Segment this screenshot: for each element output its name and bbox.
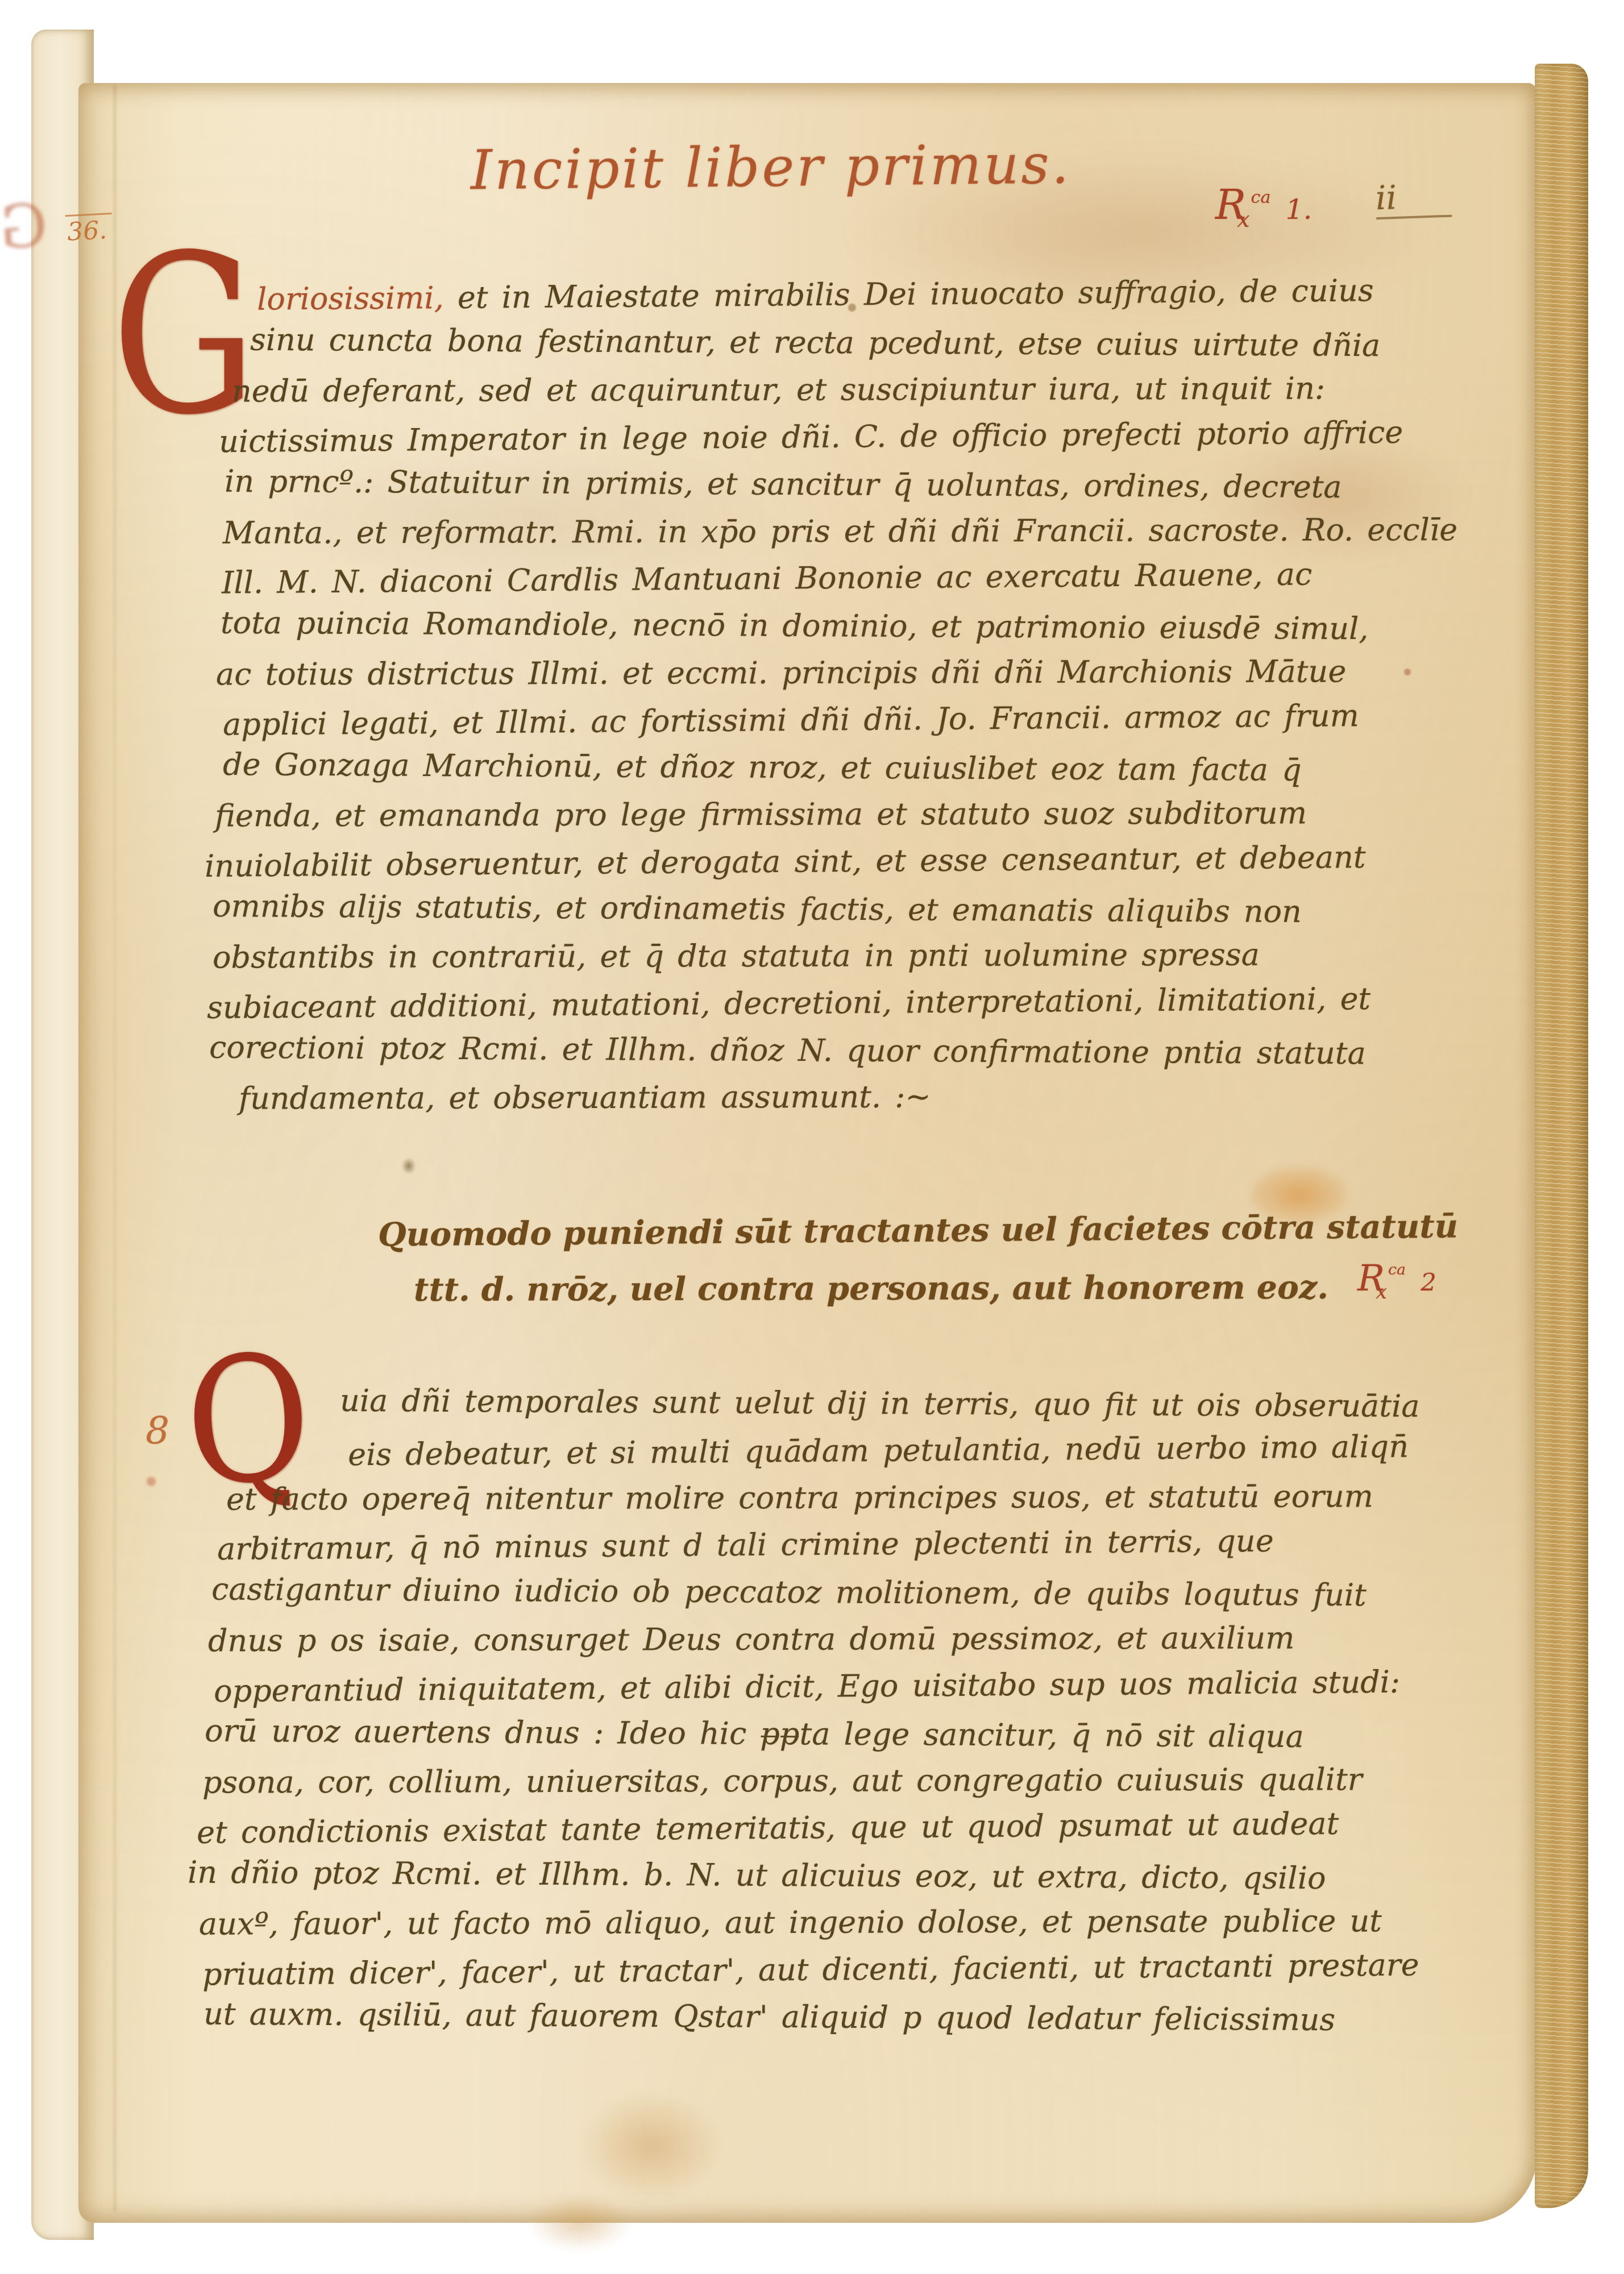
chapter-mark-1: Rxca1. — [1215, 181, 1312, 233]
line-text: et in Maiestate mirabilis Dei inuocato s… — [443, 272, 1373, 316]
initial-Q: Q — [183, 1348, 313, 1493]
manuscript-line: opperantiud iniquitatem, et alibi dicit,… — [214, 1667, 1400, 1707]
chapter-number: 2 — [1421, 1268, 1436, 1297]
chapter-mark-sup: ca — [1251, 188, 1271, 208]
manuscript-line: uictissimus Imperator in lege noie dñi. … — [219, 417, 1403, 457]
manuscript-line: subiaceant additioni, mutationi, decreti… — [207, 984, 1371, 1023]
manuscript-line: fienda, et emananda pro lege firmissima … — [215, 798, 1307, 831]
manuscript-line: ut auxm. qsiliū, aut fauorem Qstar' aliq… — [203, 1999, 1335, 2035]
manuscript-line: obstantibs in contrariū, et q̄ dta statu… — [213, 940, 1260, 973]
manuscript-line: inuiolabilit obseruentur, et derogata si… — [205, 842, 1366, 882]
manuscript-line: et condictionis existat tante temeritati… — [197, 1808, 1339, 1848]
chapter-mark-sup: ca — [1388, 1261, 1406, 1279]
manuscript-line: auxº, fauor', ut facto mō aliquo, aut in… — [199, 1906, 1382, 1939]
manuscript-line: orū uroz auertens dnus : Ideo hic p̶p̶ta… — [205, 1716, 1304, 1752]
heading-line-1: Quomodo puniendi sūt tractantes uel faci… — [378, 1210, 1459, 1251]
heading-line-2: ttt. d. nrōz, uel contra personas, aut h… — [414, 1271, 1328, 1306]
chapter-mark-x: x — [1376, 1280, 1387, 1304]
chapter-mark-2: Rxca2 — [1357, 1258, 1436, 1304]
manuscript-line: dnus p os isaie, consurget Deus contra d… — [208, 1622, 1295, 1656]
manuscript-photo: Incipit liber primus. Rxca1. ii G 36. G … — [0, 0, 1624, 2274]
page-title: Incipit liber primus. — [470, 132, 1071, 202]
manuscript-line: de Gonzaga Marchionū, et dñoz nroz, et c… — [223, 749, 1302, 786]
manuscript-line: applici legati, et Illmi. ac fortissimi … — [223, 700, 1359, 740]
chapter-number: 1. — [1286, 193, 1313, 226]
manuscript-line: corectioni ptoz Rcmi. et Illhm. dñoz N. … — [209, 1032, 1366, 1069]
manuscript-line: omnibs alijs statutis, et ordinametis fa… — [213, 891, 1302, 927]
book-fore-edge — [1535, 64, 1588, 2208]
margin-note: 36. — [65, 213, 114, 247]
manuscript-line: nedū deferant, sed et acquiruntur, et su… — [232, 373, 1325, 406]
manuscript-line: loriosissimi, et in Maiestate mirabilis … — [257, 275, 1374, 314]
manuscript-line: arbitramur, q̄ nō minus sunt d tali crim… — [217, 1526, 1274, 1565]
manuscript-line: priuatim dicer', facer', ut tractar', au… — [202, 1950, 1419, 1990]
manuscript-line: eis debeatur, et si multi quādam petulan… — [348, 1431, 1409, 1471]
manuscript-line: Ill. M. N. diaconi Cardlis Mantuani Bono… — [222, 559, 1313, 598]
manuscript-line: Manta., et reformatr. Rmi. in xp̄o pris … — [223, 514, 1457, 549]
folio-number: ii — [1375, 176, 1452, 220]
manuscript-line: ac totius districtus Illmi. et eccmi. pr… — [216, 656, 1346, 690]
manuscript-line: fundamenta, et obseruantiam assumunt. :∼ — [239, 1081, 931, 1114]
manuscript-line: sinu cuncta bona festinantur, et recta p… — [250, 325, 1381, 361]
manuscript-line: tota puincia Romandiole, necnō in domini… — [221, 608, 1369, 645]
manuscript-line: et facto opereq̄ nitentur molire contra … — [226, 1481, 1373, 1514]
manuscript-line: castigantur diuino iudicio ob peccatoz m… — [211, 1574, 1367, 1611]
rubricated-word: loriosissimi, — [257, 280, 444, 317]
manuscript-line: in dñio ptoz Rcmi. et Illhm. b. N. ut al… — [188, 1857, 1326, 1894]
manuscript-line: psona, cor, collium, uniuersitas, corpus… — [202, 1764, 1363, 1798]
manuscript-line: in prncº.: Statuitur in primis, et sanci… — [225, 466, 1342, 503]
margin-paragraph-number: 8 — [146, 1409, 169, 1453]
chapter-mark-x: x — [1237, 206, 1249, 233]
ink-offset-initial: G — [0, 190, 49, 263]
manuscript-line: uia dñi temporales sunt uelut dij in ter… — [340, 1385, 1420, 1422]
